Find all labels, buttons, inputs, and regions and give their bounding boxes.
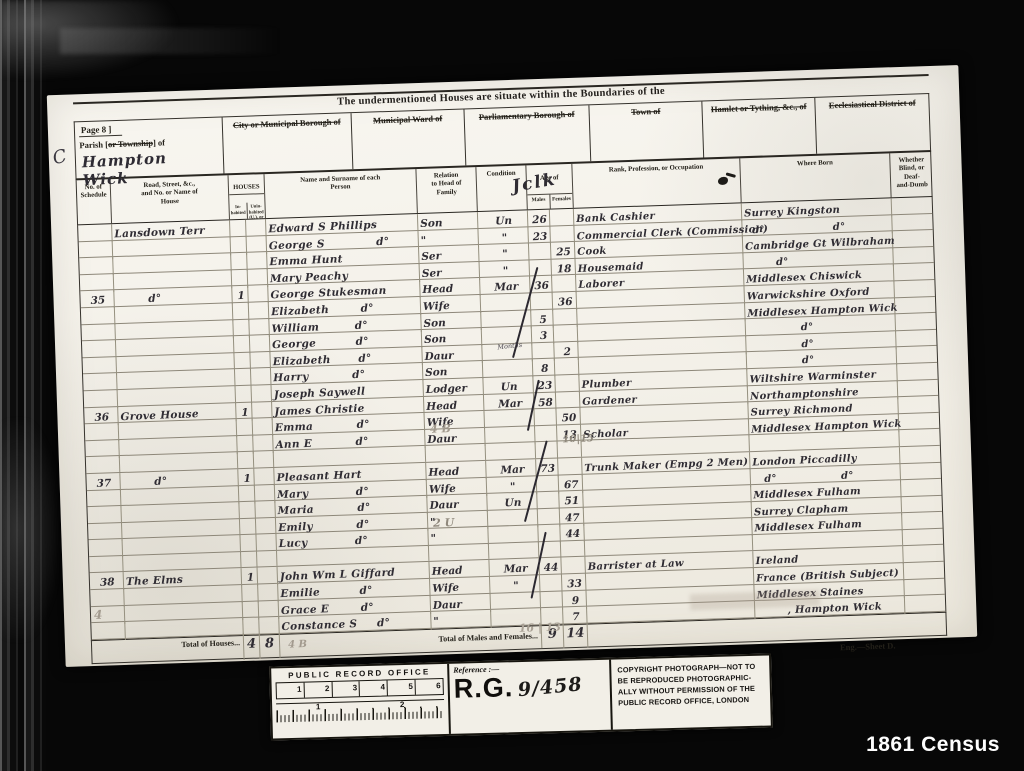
col-header-houses: HOUSES In-habited Unin-habited (U.), or … bbox=[229, 174, 266, 219]
cell-rel bbox=[426, 444, 486, 462]
pencil-10-15-note: 10|15 bbox=[562, 433, 594, 445]
eccl-district-cell: Ecclesiastical District of bbox=[816, 94, 930, 154]
cell-sched bbox=[86, 456, 120, 473]
parl-borough-label: Parliamentary Borough of bbox=[479, 109, 575, 122]
cell-inh bbox=[241, 551, 258, 567]
reference-number: 9/458 bbox=[516, 673, 583, 701]
pencil-16-13-note: 16 | 13 bbox=[518, 621, 561, 635]
ward-cell: Municipal Ward of bbox=[352, 109, 466, 169]
cell-uninh bbox=[257, 551, 278, 567]
film-edge-streaks bbox=[0, 0, 46, 771]
hamlet-label: Hamlet or Tything, &c., of bbox=[711, 101, 807, 114]
parish-cell: Page 8 ] Parish [or Township] of Hampton… bbox=[75, 117, 225, 178]
pencil-4-note: 4 bbox=[94, 608, 103, 622]
parish-label-part: ] of bbox=[153, 137, 165, 147]
pro-reference-section: Reference :— R.G. 9/458 bbox=[449, 660, 613, 734]
parish-label-part: Parish [ bbox=[79, 139, 108, 150]
cell-uninh bbox=[254, 451, 275, 467]
col-header-inhabited: In-habited bbox=[229, 203, 248, 219]
col-header-relation: Relation to Head of Family bbox=[416, 167, 477, 213]
ruler-inch-number: 6 bbox=[416, 679, 443, 695]
page-number: Page 8 ] bbox=[79, 124, 122, 137]
col-header-blind: Whether Blind, or Deaf- and-Dumb bbox=[890, 152, 933, 197]
ruler-inch-number: 2 bbox=[304, 682, 332, 698]
cm-ruler-labels: 12 bbox=[276, 699, 444, 712]
cell-sched bbox=[89, 556, 123, 573]
ruler-inch-number: 1 bbox=[277, 683, 305, 699]
cell-blind bbox=[903, 529, 945, 546]
parl-borough-cell: Parliamentary Borough of bbox=[464, 105, 591, 165]
cell-inh bbox=[238, 452, 255, 468]
pencil-4b-totals: 4 B bbox=[280, 634, 308, 657]
total-uninhabited-pencil: 8 bbox=[260, 634, 281, 659]
census-page: The undermentioned Houses are situate wi… bbox=[47, 65, 977, 667]
margin-paren-mark: C bbox=[51, 146, 69, 170]
census-caption: 1861 Census bbox=[866, 733, 1000, 757]
cell-rel bbox=[429, 544, 489, 562]
scan-smear bbox=[0, 420, 60, 640]
scan-smear bbox=[60, 28, 280, 54]
col-header-born: Where Born bbox=[740, 153, 891, 202]
pencil-4b-note: 4 B bbox=[430, 422, 451, 436]
borough-label: City or Municipal Borough of bbox=[233, 117, 341, 131]
col-header-males: Males bbox=[527, 195, 551, 209]
borough-cell: City or Municipal Borough of bbox=[222, 113, 353, 173]
total-houses-label: Total of Houses... bbox=[92, 633, 245, 665]
col-header-uninhabited: Unin-habited (U.), or Building (B.) bbox=[247, 202, 265, 219]
col-header-females: Females bbox=[550, 194, 573, 209]
reference-prefix: R.G. bbox=[453, 675, 513, 701]
parish-handwritten-value: Hampton Wick bbox=[81, 146, 219, 189]
cell-blind bbox=[905, 595, 948, 614]
total-females-value: 14 bbox=[564, 623, 589, 648]
total-houses-value: 4 bbox=[244, 634, 261, 659]
town-label: Town of bbox=[631, 106, 661, 117]
inch-ruler: 123456 bbox=[276, 678, 444, 699]
parish-label-struck: or Township bbox=[108, 138, 153, 149]
census-scan-scene: The undermentioned Houses are situate wi… bbox=[0, 0, 1024, 771]
cm-ruler: 12 bbox=[276, 699, 444, 722]
hamlet-cell: Hamlet or Tything, &c., of bbox=[702, 98, 817, 158]
ruler-inch-number: 3 bbox=[332, 681, 360, 697]
col-header-occupation: Rank, Profession, or Occupation bbox=[572, 158, 741, 208]
ruler-inch-number: 5 bbox=[388, 680, 416, 696]
ruler-cm-number: 1 bbox=[316, 702, 321, 711]
census-form: The undermentioned Houses are situate wi… bbox=[73, 74, 947, 658]
cell-f bbox=[561, 541, 586, 557]
ruler-inch-number: 4 bbox=[360, 680, 388, 696]
cell-cond bbox=[489, 542, 539, 559]
ward-label: Municipal Ward of bbox=[373, 113, 443, 125]
census-rows: Lansdown TerrEdward S PhillipsSonUn26Ban… bbox=[77, 197, 946, 640]
pro-reference-strip: PUBLIC RECORD OFFICE 123456 12 Reference… bbox=[269, 653, 773, 740]
pencil-2u-note: 2 U bbox=[433, 516, 454, 530]
town-cell: Town of bbox=[590, 102, 704, 162]
cell-blind bbox=[899, 429, 941, 446]
ruler-cm-number: 2 bbox=[400, 700, 405, 709]
cell-cond bbox=[486, 443, 536, 460]
col-header-name: Name and Surname of each Person bbox=[265, 169, 418, 218]
pro-ruler-section: PUBLIC RECORD OFFICE 123456 12 bbox=[271, 664, 451, 739]
copyright-text: COPYRIGHT PHOTOGRAPH—NOT TOBE REPRODUCED… bbox=[611, 655, 771, 729]
houses-title: HOUSES bbox=[229, 184, 264, 195]
eccl-district-label: Ecclesiastical District of bbox=[829, 97, 916, 110]
